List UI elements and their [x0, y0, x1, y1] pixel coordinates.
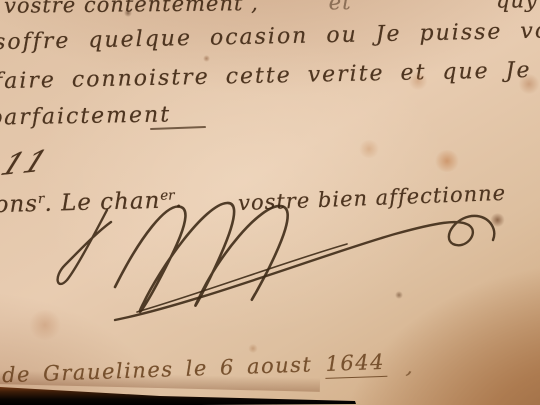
line1-right-text: quy [496, 0, 538, 13]
foxing-stain [358, 140, 380, 158]
foxing-stain [490, 213, 505, 227]
dateline-year-underlined: 1644 [324, 350, 387, 379]
foxing-stain [434, 150, 460, 172]
foxing-stain [203, 55, 210, 62]
closing-text: Mons [0, 191, 38, 219]
foxing-stain [518, 74, 540, 94]
signature-flourish [45, 192, 535, 327]
handwritten-line-2: soffre quelque ocasion ou Je puisse vous [0, 18, 540, 55]
pen-flick-mark: , [405, 354, 418, 379]
foxing-stain [124, 9, 132, 17]
handwritten-line-1: vostre contentement , et quy [4, 0, 538, 18]
line1-mid-text: et [329, 0, 352, 14]
handwritten-line-4: parfaictement [0, 102, 171, 130]
foxing-stain [28, 310, 62, 340]
manuscript-letter-photo: vostre contentement , et quy soffre quel… [0, 0, 540, 405]
foxing-stain [248, 344, 258, 353]
handwritten-line-3: faire connoistre cette verite et que Je … [0, 57, 540, 95]
paraph-mark: 11 [0, 144, 55, 183]
foxing-stain [395, 291, 403, 299]
line1-gap [351, 0, 496, 14]
foxing-stain [408, 72, 428, 90]
